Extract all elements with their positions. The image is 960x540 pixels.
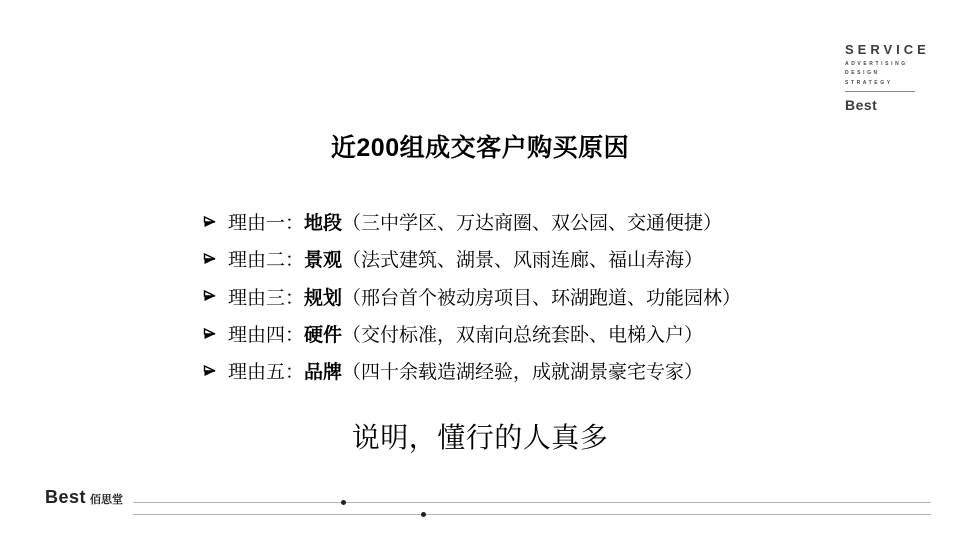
rule-dot (341, 500, 346, 505)
reason-detail: （交付标准，双南向总统套卧、电梯入户） (342, 320, 703, 347)
arrow-bullet-icon (203, 252, 217, 266)
footer-brand-cn: 佰思堂 (90, 491, 123, 507)
footer-rule-bottom (133, 514, 931, 515)
reason-detail: （法式建筑、湖景、风雨连廊、福山寿海） (342, 245, 703, 272)
arrow-bullet-icon (203, 289, 217, 303)
reason-prefix: 理由四： (228, 320, 304, 347)
best-footer-logo: Best 佰思堂 (45, 487, 123, 508)
service-logo-subline-strategy: STRATEGY (845, 80, 917, 86)
reason-keyword: 硬件 (304, 320, 342, 347)
rule-dot (421, 512, 426, 517)
service-logo-subline-design: DESIGN (845, 70, 917, 76)
service-logo-wordmark: SERVICE (845, 42, 917, 57)
service-logo-divider (845, 91, 915, 92)
list-item-reason-1: 理由一：地段（三中学区、万达商圈、双公园、交通便捷） (203, 203, 741, 240)
arrow-bullet-icon (203, 215, 217, 229)
list-item-reason-2: 理由二：景观（法式建筑、湖景、风雨连廊、福山寿海） (203, 240, 741, 277)
service-logo-brand: Best (845, 97, 917, 113)
list-item-reason-4: 理由四：硬件（交付标准，双南向总统套卧、电梯入户） (203, 315, 741, 352)
reason-keyword: 品牌 (304, 357, 342, 384)
reason-keyword: 地段 (304, 208, 342, 235)
reason-keyword: 景观 (304, 245, 342, 272)
reason-keyword: 规划 (304, 283, 342, 310)
reason-detail: （四十余载造湖经验，成就湖景豪宅专家） (342, 357, 703, 384)
reason-list: 理由一：地段（三中学区、万达商圈、双公园、交通便捷） 理由二：景观（法式建筑、湖… (203, 203, 741, 389)
footer-rule-top (133, 502, 931, 503)
reason-prefix: 理由五： (228, 357, 304, 384)
reason-detail: （三中学区、万达商圈、双公园、交通便捷） (342, 208, 722, 235)
footer-brand-en: Best (45, 487, 86, 508)
reason-prefix: 理由三： (228, 283, 304, 310)
list-item-reason-5: 理由五：品牌（四十余载造湖经验，成就湖景豪宅专家） (203, 352, 741, 389)
reason-prefix: 理由一： (228, 208, 304, 235)
page-title: 近200组成交客户购买原因 (0, 128, 960, 164)
reason-detail: （邢台首个被动房项目、环湖跑道、功能园林） (342, 283, 741, 310)
service-logo-subline-advertising: ADVERTISING (845, 61, 917, 67)
arrow-bullet-icon (203, 364, 217, 378)
conclusion-statement: 说明，懂行的人真多 (0, 416, 960, 456)
arrow-bullet-icon (203, 327, 217, 341)
service-logo: SERVICE ADVERTISING DESIGN STRATEGY Best (845, 42, 917, 113)
list-item-reason-3: 理由三：规划（邢台首个被动房项目、环湖跑道、功能园林） (203, 278, 741, 315)
presentation-slide: SERVICE ADVERTISING DESIGN STRATEGY Best… (0, 0, 960, 540)
reason-prefix: 理由二： (228, 245, 304, 272)
